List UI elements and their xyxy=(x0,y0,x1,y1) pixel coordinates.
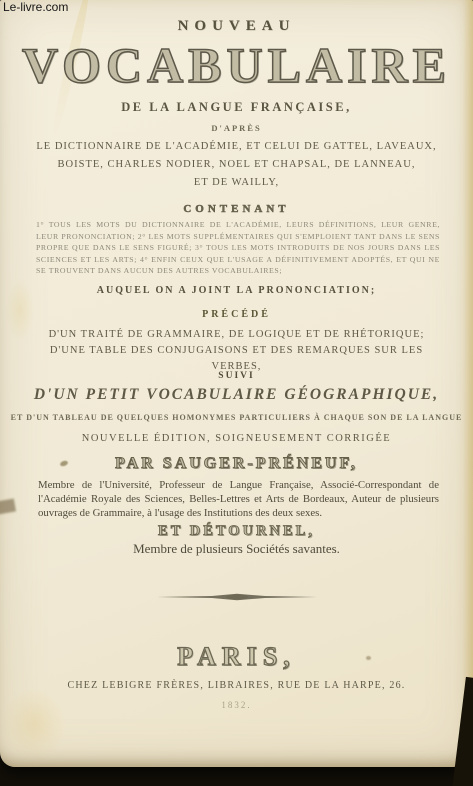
suivi-note: ET D'UN TABLEAU DE QUELQUES HOMONYMES PA… xyxy=(0,413,473,422)
publication-year: 1832. xyxy=(0,700,473,710)
sources-line: BOISTE, CHARLES NODIER, NOEL ET CHAPSAL,… xyxy=(0,156,473,174)
sources-line: LE DICTIONNAIRE DE L'ACADÉMIE, ET CELUI … xyxy=(0,138,473,156)
book-title: VOCABULAIRE xyxy=(0,40,473,90)
sources-line: ET DE WAILLY, xyxy=(0,174,473,192)
book-scan-photo: Le-livre.com NOUVEAU VOCABULAIRE DE LA L… xyxy=(0,0,473,786)
paper-stain xyxy=(2,688,66,760)
author1-bio: Membre de l'Université, Professeur de La… xyxy=(38,479,439,520)
contenant-paragraph: 1° TOUS LES MOTS DU DICTIONNAIRE DE L'AC… xyxy=(36,219,440,277)
edge-mark xyxy=(0,499,16,515)
seller-watermark: Le-livre.com xyxy=(3,0,68,14)
author2-name: ET DÉTOURNEL, xyxy=(0,523,473,540)
edition-line: NOUVELLE ÉDITION, SOIGNEUSEMENT CORRIGÉE xyxy=(0,433,473,444)
publisher-line: CHEZ LEBIGRE FRÈRES, LIBRAIRES, RUE DE L… xyxy=(0,680,473,691)
dapres-label: D'APRÈS xyxy=(0,123,473,133)
pronunciation-note: AUQUEL ON A JOINT LA PRONONCIATION; xyxy=(0,285,473,296)
book-subtitle: DE LA LANGUE FRANÇAISE, xyxy=(0,100,473,115)
divider-ornament xyxy=(0,592,473,610)
precede-heading: PRÉCÉDÉ xyxy=(0,309,473,320)
suivi-heading: SUIVI xyxy=(0,371,473,381)
sources-block: LE DICTIONNAIRE DE L'ACADÉMIE, ET CELUI … xyxy=(0,138,473,192)
suivi-title: D'UN PETIT VOCABULAIRE GÉOGRAPHIQUE, xyxy=(0,386,473,404)
title-page: Le-livre.com NOUVEAU VOCABULAIRE DE LA L… xyxy=(0,0,473,767)
contenant-heading: CONTENANT xyxy=(0,203,473,215)
author2-bio: Membre de plusieurs Sociétés savantes. xyxy=(0,541,473,557)
city-imprint: PARIS, xyxy=(0,642,473,672)
swelled-rule-icon xyxy=(157,592,317,602)
pretitle: NOUVEAU xyxy=(0,18,473,35)
author1-name: PAR SAUGER-PRÉNEUF, xyxy=(0,455,473,473)
precede-paragraph: D'UN TRAITÉ DE GRAMMAIRE, DE LOGIQUE ET … xyxy=(42,327,431,375)
